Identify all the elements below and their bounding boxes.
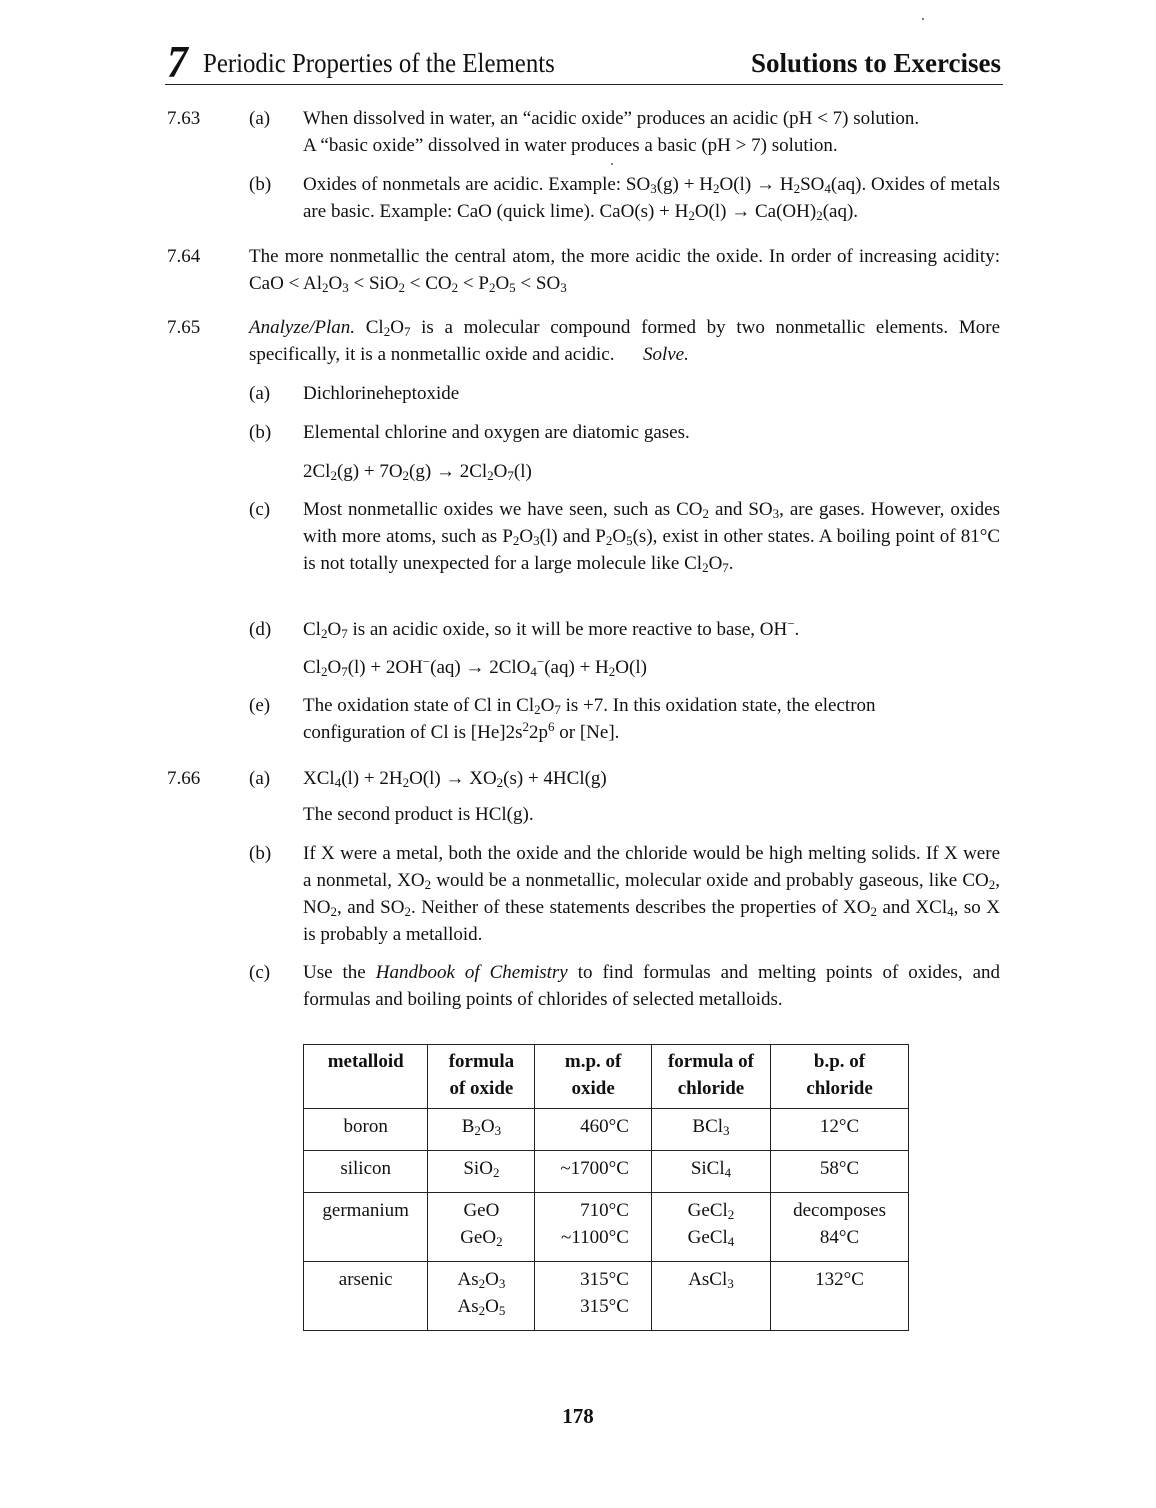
- part-label: (a): [249, 380, 270, 407]
- part-text: Cl2O7 is an acidic oxide, so it will be …: [303, 616, 799, 643]
- part-label: (a): [249, 105, 270, 132]
- part-text: Elemental chlorine and oxygen are diatom…: [303, 419, 690, 446]
- scan-speck: [611, 163, 613, 165]
- part-label: (c): [249, 959, 270, 986]
- chloride-bp-cell: 132°C: [771, 1262, 909, 1331]
- exercise-text: When dissolved in water, an “acidic oxid…: [303, 105, 1000, 159]
- scan-speck: [508, 352, 510, 354]
- section-title: Solutions to Exercises: [751, 48, 1001, 78]
- chloride-bp-cell: decomposes84°C: [771, 1193, 909, 1262]
- metalloid-table: metalloidformulaof oxidem.p. ofoxideform…: [303, 1044, 909, 1331]
- chloride-formula-cell: AsCl3: [651, 1262, 770, 1331]
- book-title: Handbook of Chemistry: [376, 962, 568, 983]
- chloride-formula-cell: BCl3: [651, 1109, 770, 1151]
- scan-speck: [922, 18, 924, 20]
- part-text: The oxidation state of Cl in Cl2O7 is +7…: [303, 692, 953, 746]
- exercise-text: The more nonmetallic the central atom, t…: [249, 243, 1000, 297]
- chapter-title: Periodic Properties of the Elements: [203, 48, 555, 78]
- table-header-row: metalloidformulaof oxidem.p. ofoxideform…: [304, 1045, 909, 1109]
- oxide-formula-cell: SiO2: [428, 1151, 535, 1193]
- metalloid-cell: arsenic: [304, 1262, 428, 1331]
- chloride-bp-cell: 58°C: [771, 1151, 909, 1193]
- analyze-plan-label: Analyze/Plan.: [249, 317, 355, 338]
- chloride-formula-cell: SiCl4: [651, 1151, 770, 1193]
- chloride-bp-cell: 12°C: [771, 1109, 909, 1151]
- part-label: (d): [249, 616, 271, 643]
- column-header: m.p. ofoxide: [535, 1045, 651, 1109]
- part-text: Dichlorineheptoxide: [303, 380, 459, 407]
- metalloid-cell: silicon: [304, 1151, 428, 1193]
- table-row: arsenicAs2O3As2O5315°C315°CAsCl3132°C: [304, 1262, 909, 1331]
- exercise-text: Oxides of nonmetals are acidic. Example:…: [303, 171, 1000, 225]
- part-text: Use the Handbook of Chemistry to find fo…: [303, 959, 1000, 1013]
- chloride-formula-cell: GeCl2GeCl4: [651, 1193, 770, 1262]
- text-line: A “basic oxide” dissolved in water produ…: [303, 132, 1000, 159]
- oxide-mp-cell: 315°C315°C: [535, 1262, 651, 1331]
- page-header: 7 Periodic Properties of the Elements So…: [165, 40, 1003, 85]
- part-label: (e): [249, 692, 270, 719]
- column-header: formulaof oxide: [428, 1045, 535, 1109]
- oxide-formula-cell: As2O3As2O5: [428, 1262, 535, 1331]
- part-label: (a): [249, 765, 270, 792]
- text-line: When dissolved in water, an “acidic oxid…: [303, 105, 1000, 132]
- part-text: Most nonmetallic oxides we have seen, su…: [303, 496, 1000, 577]
- part-label: (b): [249, 840, 271, 867]
- column-header: formula ofchloride: [651, 1045, 770, 1109]
- part-label: (b): [249, 171, 271, 198]
- page-number: 178: [0, 1404, 1156, 1429]
- table-row: siliconSiO2~1700°CSiCl458°C: [304, 1151, 909, 1193]
- equation: 2Cl2(g) + 7O2(g) → 2Cl2O7(l): [303, 458, 532, 485]
- oxide-formula-cell: GeOGeO2: [428, 1193, 535, 1262]
- oxide-mp-cell: 460°C: [535, 1109, 651, 1151]
- exercise-number: 7.65: [167, 314, 200, 341]
- table-row: boronB2O3460°CBCl312°C: [304, 1109, 909, 1151]
- equation: Cl2O7(l) + 2OH−(aq) → 2ClO4−(aq) + H2O(l…: [303, 654, 647, 681]
- exercise-intro: Analyze/Plan. Cl2O7 is a molecular compo…: [249, 314, 1000, 368]
- table-row: germaniumGeOGeO2710°C~1100°CGeCl2GeCl4de…: [304, 1193, 909, 1262]
- oxide-mp-cell: ~1700°C: [535, 1151, 651, 1193]
- part-text: If X were a metal, both the oxide and th…: [303, 840, 1000, 948]
- metalloid-cell: germanium: [304, 1193, 428, 1262]
- oxide-formula-cell: B2O3: [428, 1109, 535, 1151]
- oxide-mp-cell: 710°C~1100°C: [535, 1193, 651, 1262]
- part-text: The second product is HCl(g).: [303, 801, 534, 828]
- part-label: (c): [249, 496, 270, 523]
- intro-text: Cl2O7 is a molecular compound formed by …: [249, 317, 1000, 365]
- part-label: (b): [249, 419, 271, 446]
- text-span: Use the: [303, 962, 366, 983]
- metalloid-cell: boron: [304, 1109, 428, 1151]
- column-header: b.p. ofchloride: [771, 1045, 909, 1109]
- table-body: boronB2O3460°CBCl312°CsiliconSiO2~1700°C…: [304, 1109, 909, 1331]
- solve-label: Solve.: [643, 344, 689, 365]
- exercise-number: 7.64: [167, 243, 200, 270]
- chapter-number: 7: [167, 40, 188, 84]
- equation: XCl4(l) + 2H2O(l) → XO2(s) + 4HCl(g): [303, 765, 607, 792]
- exercise-number: 7.63: [167, 105, 200, 132]
- column-header: metalloid: [304, 1045, 428, 1109]
- exercise-number: 7.66: [167, 765, 200, 792]
